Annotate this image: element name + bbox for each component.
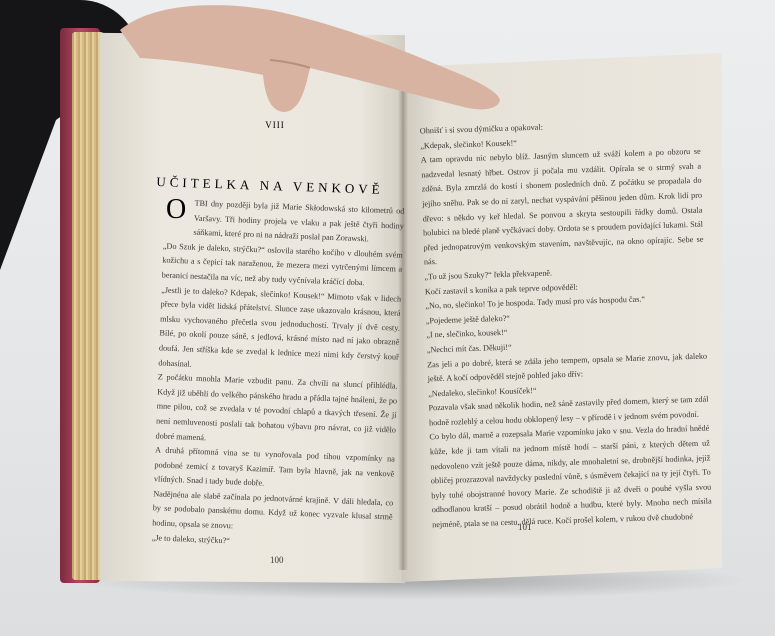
left-page-text: TBI dny později byla již Marie Skłodowsk…	[151, 196, 404, 555]
paragraph: „Jestli je to daleko? Kdepak, slečinko! …	[158, 283, 401, 380]
right-page-text: Ohnišť i si svou dýmičku a opakoval: „Kd…	[420, 116, 713, 533]
paragraph: Z počátku mnohla Marie vzbudit panu. Za …	[155, 371, 398, 453]
page-number-right: 101	[518, 522, 532, 532]
paragraph: A tam opravdu nic nebylo blíž. Jasným sl…	[421, 145, 705, 270]
paragraph: Co bylo dál, marně a rozepsala Marie vzp…	[429, 422, 712, 533]
hand-icon	[120, 0, 510, 115]
page-number-left: 100	[270, 555, 284, 565]
chapter-number: VIII	[150, 120, 400, 130]
